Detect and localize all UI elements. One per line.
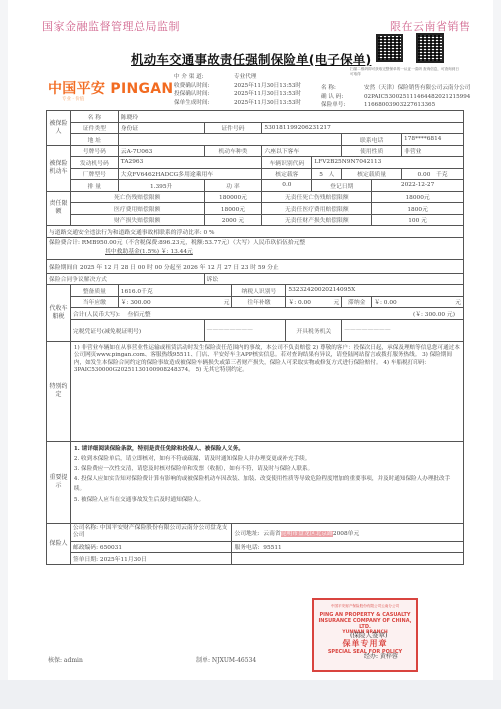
total-label: 合计(人民币大写): <box>73 312 120 318</box>
power: 0.0 <box>262 180 312 192</box>
postcode: 650031 <box>100 545 122 551</box>
limit-value: 1800元 <box>372 203 464 215</box>
note-item: 3. 保险费应一次性交清，请您及时核对保险单和发票（收据），如有不符，请及时与保… <box>74 464 460 474</box>
field-label: 核定载质量 <box>342 168 402 180</box>
limit-value: 18000元 <box>372 191 464 203</box>
logo-subtitle: 专业 · 价值 <box>62 96 84 102</box>
engine-number: TA2963 <box>118 157 262 169</box>
unit: 元 <box>224 297 230 306</box>
address-redacted: 昆明市盘龙区北京路 <box>281 531 333 537</box>
field-label: 发动机号码 <box>70 157 118 169</box>
curb-weight: 1616.0千克 <box>118 285 232 297</box>
field-label: 完税凭证号(减免税证明号) <box>70 319 204 341</box>
service-phone: 95511 <box>263 545 281 551</box>
info-key: 投保确认时间: <box>174 90 234 99</box>
section-insurer: 保险人 <box>47 523 71 564</box>
rescue-fund-line: 其中救助基金(1.5%) ￥: 13.44元 <box>49 248 461 257</box>
note-item: 2. 收到本保险单后，请立即核对，如有不符或疏漏，请及时通知保险人并办理变更或补… <box>74 454 460 464</box>
insured-address <box>118 134 341 146</box>
seats-unit: 人 <box>329 172 335 178</box>
info-value: 专业代理 <box>234 74 256 80</box>
info-key: 确 认 码: <box>321 93 364 102</box>
header-right-info: 名 称:安然（天津）保险销售有限公司云南分公司 确 认 码:02PAIC5300… <box>321 84 470 110</box>
info-value: 2025年11月30日13:53时 <box>234 83 301 89</box>
info-key: 名 称: <box>321 84 364 93</box>
field-label: 服务电话: <box>234 545 259 551</box>
displacement: 1.395升 <box>118 180 204 192</box>
premium-line: 保险费合计: RMB950.00元（不含税保费:896.23元，税额:53.77… <box>49 239 461 248</box>
policy-title: 机动车交通事故责任强制保险单(电子保单) <box>131 50 371 68</box>
insured-phone: 178****6814 <box>402 134 464 146</box>
field-label: 当年应缴 <box>70 296 118 308</box>
stamp-line: 中国平安财产保险股份有限公司云南分公司 <box>314 604 416 609</box>
header-left-info: 中 介 渠 道:专业代理 收费确认时间:2025年11月30日13:53时 投保… <box>174 73 301 108</box>
info-key: 中 介 渠 道: <box>174 73 234 82</box>
field-label: 名 称 <box>70 111 118 123</box>
unit: 元 <box>333 297 339 306</box>
plate-number: 云A-7U063 <box>118 145 204 157</box>
field-label: 整备质量 <box>70 285 118 297</box>
field-label: 功 率 <box>204 180 262 192</box>
past-tax: ￥: 0.00 <box>288 300 311 306</box>
info-value: 2025年11月30日13:53时 <box>234 91 301 97</box>
policy-table: 被保险人 名 称 陈晓玲 证件类型 身份证 证件号码 5301811992062… <box>46 110 464 565</box>
info-value: 11668003903227613365 <box>364 102 435 108</box>
field-label: 核定载客 <box>262 168 312 180</box>
maker: 制单: NJXUM-46534 <box>196 655 256 664</box>
qr-code-icon[interactable] <box>416 33 444 63</box>
note-item: 1. 请详细阅读保险条款，特别是责任免除和投保人、被保险人义务。 <box>74 444 460 454</box>
limit-value: 100 元 <box>372 214 464 226</box>
field-label: 纳税人识别号 <box>232 285 286 297</box>
section-important: 重要提示 <box>47 441 71 523</box>
vehicle-type: 六座以下客车 <box>262 145 342 157</box>
limit-label: 无责任医疗费用赔偿限额 <box>262 203 372 215</box>
note-item: 5. 被保险人应当在交通事故发生后及时通知保险人。 <box>74 495 460 505</box>
insurer-signature-label: (保险人签章) <box>350 630 388 639</box>
logo-en: PINGAN <box>110 81 173 97</box>
id-type: 身份证 <box>118 122 204 134</box>
stamp-line: 保单专用章 <box>314 638 416 649</box>
field-label: 车辆识别代码 <box>262 157 312 169</box>
dispute-value: 诉讼 <box>204 273 463 285</box>
field-label: 地 址 <box>70 134 118 146</box>
field-label: 使用性质 <box>342 145 402 157</box>
special-terms: 1) 非营业车辆如在从事营业性运输或租赁活动时发生保险责任范围内的事故，本公司不… <box>70 341 463 441</box>
vehicle-use: 非营业 <box>402 145 464 157</box>
section-insured: 被保险人 <box>47 111 71 146</box>
total-amount: (￥: 300.00 元) <box>413 309 461 318</box>
sales-region-text: 限在云南省销售 <box>390 18 471 34</box>
stamp-line: INSURANCE COMPANY OF CHINA, LTD. <box>314 618 416 630</box>
section-special: 特别约定 <box>47 341 71 441</box>
registration-date: 2022-12-27 <box>372 180 464 192</box>
limit-value: 18000元 <box>204 203 262 215</box>
field-label: 签单日期: <box>73 557 98 563</box>
info-key: 收费确认时间: <box>174 82 234 91</box>
limit-label: 财产损失赔偿限额 <box>70 214 204 226</box>
field-label: 证件号码 <box>204 122 262 134</box>
limit-value: 180000元 <box>204 191 262 203</box>
section-vehicle: 被保险机动车 <box>47 145 71 191</box>
load-unit: 千克 <box>436 172 448 178</box>
tax-total: 合计(人民币大写): 叁佰元整(￥: 300.00 元) <box>70 308 463 320</box>
late-fee: ￥: 0.00 <box>374 300 397 306</box>
address-suffix: 2008单元 <box>333 531 359 537</box>
insured-name: 陈晓玲 <box>118 111 463 123</box>
limit-value: 2000 元 <box>204 214 262 226</box>
sign-date: 2025年11月30日 <box>100 557 147 563</box>
id-number: 530181199206231217 <box>262 122 464 134</box>
insurer-empty <box>232 553 464 565</box>
premium-total: 保险费合计: RMB950.00元（不含税保费:896.23元，税额:53.77… <box>47 237 464 259</box>
unit: 元 <box>455 297 461 306</box>
load-value: 0.00 <box>417 172 430 178</box>
limit-label: 无责任死亡伤残赔偿限额 <box>262 191 372 203</box>
field-label: 号牌号码 <box>70 145 118 157</box>
current-tax: ￥: 300.00 <box>121 300 151 306</box>
vin: LFV2B25N9N7042113 <box>312 157 464 169</box>
info-value: 2025年11月30日13:53时 <box>234 100 301 106</box>
qr-code-icon[interactable] <box>376 34 403 62</box>
seats: 5 人 <box>312 168 342 180</box>
regulator-text: 国家金融监督管理总局监制 <box>42 18 180 34</box>
total-text: 叁佰元整 <box>127 312 150 318</box>
note-item: 4. 投保人应如实告知对保险费计算有影响的或被保险机动车因改装、加装、改变使用性… <box>74 474 460 494</box>
field-label: 厂牌型号 <box>70 168 118 180</box>
reviewer: 核保: admin <box>48 655 83 664</box>
dispute-label: 保险合同争议解决方式 <box>47 273 205 285</box>
tax-cert-number: ———————— <box>204 319 286 341</box>
section-limits: 责任限额 <box>47 191 71 226</box>
section-vehicle-tax: 代收车船税 <box>47 285 71 342</box>
field-label: 排 量 <box>70 180 118 192</box>
float-ratio: 与道路交通安全违法行为和道路交通事故相联系的浮动比率: 0 % <box>47 226 464 238</box>
field-label: 联系电话 <box>342 134 402 146</box>
field-label: 开具税务机关 <box>286 319 342 341</box>
address-prefix: 云南省 <box>263 531 280 537</box>
field-label: 往年补缴 <box>232 296 286 308</box>
info-key: 保险单号: <box>321 101 364 110</box>
tax-authority: ———————— <box>342 319 464 341</box>
field-label: 证件类型 <box>70 122 118 134</box>
field-label: 公司地址: <box>234 531 259 537</box>
bottom-bar <box>0 680 501 709</box>
important-notes: 1. 请详细阅读保险条款，特别是责任免除和投保人、被保险人义务。 2. 收到本保… <box>70 441 463 523</box>
info-key: 保单生成时间: <box>174 99 234 108</box>
field-label: 邮政编码: <box>73 545 98 551</box>
logo-cn: 中国平安 <box>48 81 105 97</box>
field-label: 机动车种类 <box>204 145 262 157</box>
handler: 经办: 黄梓蓉 <box>364 651 398 660</box>
qr-note: 扫描二维码即可获取完整保单的一认证一清码 查询信息，可查询到日可取得 <box>350 67 460 77</box>
field-label: 公司名称: <box>73 525 98 531</box>
field-label: 登记日期 <box>312 180 372 192</box>
load: 0.00 千克 <box>402 168 464 180</box>
insurance-period: 保险期间自 2025 年 12 月 28 日 00 时 00 分起至 2026 … <box>47 259 464 273</box>
seats-value: 5 <box>319 172 323 178</box>
info-value: 安然（天津）保险销售有限公司云南分公司 <box>364 85 470 91</box>
field-label: 滞纳金 <box>342 296 372 308</box>
limit-label: 死亡伤残赔偿限额 <box>70 191 204 203</box>
info-value: 02PAIC530025111464482021215994 <box>364 94 470 100</box>
pingan-logo: 中国平安 PINGAN <box>48 78 173 98</box>
limit-label: 无责任财产损失赔偿限额 <box>262 214 372 226</box>
limit-label: 医疗费用赔偿限额 <box>70 203 204 215</box>
taxpayer-id: 53232420020214095X <box>286 285 464 297</box>
vehicle-model: 大众FV6462HADCG多用途乘用车 <box>118 168 262 180</box>
